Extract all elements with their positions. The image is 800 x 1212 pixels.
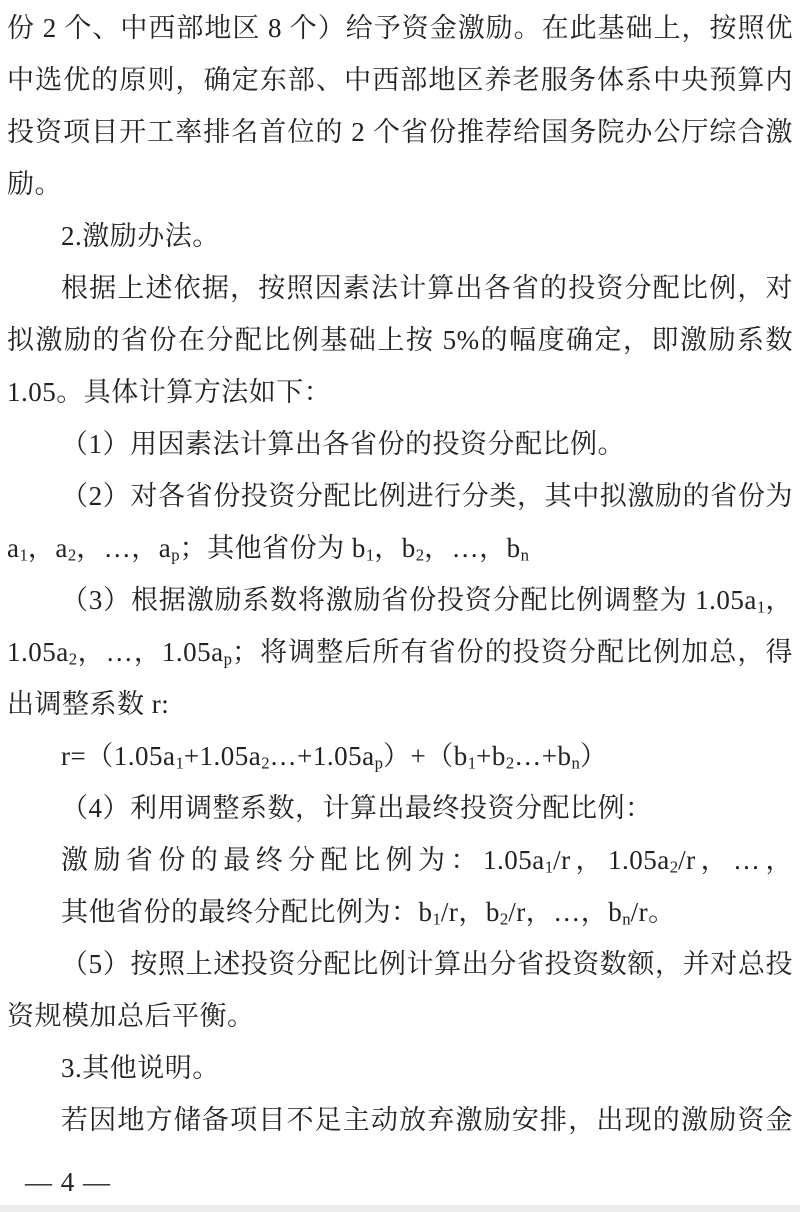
step-1-line: （1）用因素法计算出各省份的投资分配比例。 xyxy=(7,418,793,470)
step-5-line: （5）按照上述投资分配比例计算出分省投资数额，并对总投 xyxy=(7,938,793,990)
document-page: 份 2 个、中西部地区 8 个）给予资金激励。在此基础上，按照优 中选优的原则，… xyxy=(0,0,800,1212)
step-5-line-2: 资规模加总后平衡。 xyxy=(7,990,793,1042)
body-line-7: 拟激励的省份在分配比例基础上按 5%的幅度确定，即激励系数为 xyxy=(7,314,793,366)
body-line-4: 励。 xyxy=(7,158,793,210)
variables-line: a1，a2，…，ap；其他省份为 b1，b2，…，bn xyxy=(7,522,793,574)
incentive-ratio-line: 激励省份的最终分配比例为：1.05a1/r，1.05a2/r，…，1.05ap/… xyxy=(7,834,793,886)
body-line-2: 中选优的原则，确定东部、中西部地区养老服务体系中央预算内 xyxy=(7,54,793,106)
formula-line: r=（1.05a1+1.05a2…+1.05ap）+（b1+b2…+bn） xyxy=(7,730,793,782)
step-3-line-3: 出调整系数 r: xyxy=(7,678,793,730)
body-line-1: 份 2 个、中西部地区 8 个）给予资金激励。在此基础上，按照优 xyxy=(7,2,793,54)
step-4-line: （4）利用调整系数，计算出最终投资分配比例： xyxy=(7,782,793,834)
section-heading-3: 3.其他说明。 xyxy=(7,1042,793,1094)
body-line-8: 1.05。具体计算方法如下： xyxy=(7,366,793,418)
other-ratio-line: 其他省份的最终分配比例为：b1/r，b2/r，…，bn/r。 xyxy=(7,886,793,938)
section-heading-2: 2.激励办法。 xyxy=(7,210,793,262)
page-bottom-edge xyxy=(0,1205,800,1212)
step-3-line: （3）根据激励系数将激励省份投资分配比例调整为 1.05a1， xyxy=(7,574,793,626)
body-line-6: 根据上述依据，按照因素法计算出各省的投资分配比例，对 xyxy=(7,262,793,314)
body-line-22: 若因地方储备项目不足主动放弃激励安排，出现的激励资金 xyxy=(7,1094,793,1146)
page-number: — 4 — xyxy=(25,1160,111,1204)
step-2-line: （2）对各省份投资分配比例进行分类，其中拟激励的省份为 xyxy=(7,470,793,522)
body-line-3: 投资项目开工率排名首位的 2 个省份推荐给国务院办公厅综合激 xyxy=(7,106,793,158)
step-3-line-2: 1.05a2，…，1.05ap；将调整后所有省份的投资分配比例加总，得 xyxy=(7,626,793,678)
